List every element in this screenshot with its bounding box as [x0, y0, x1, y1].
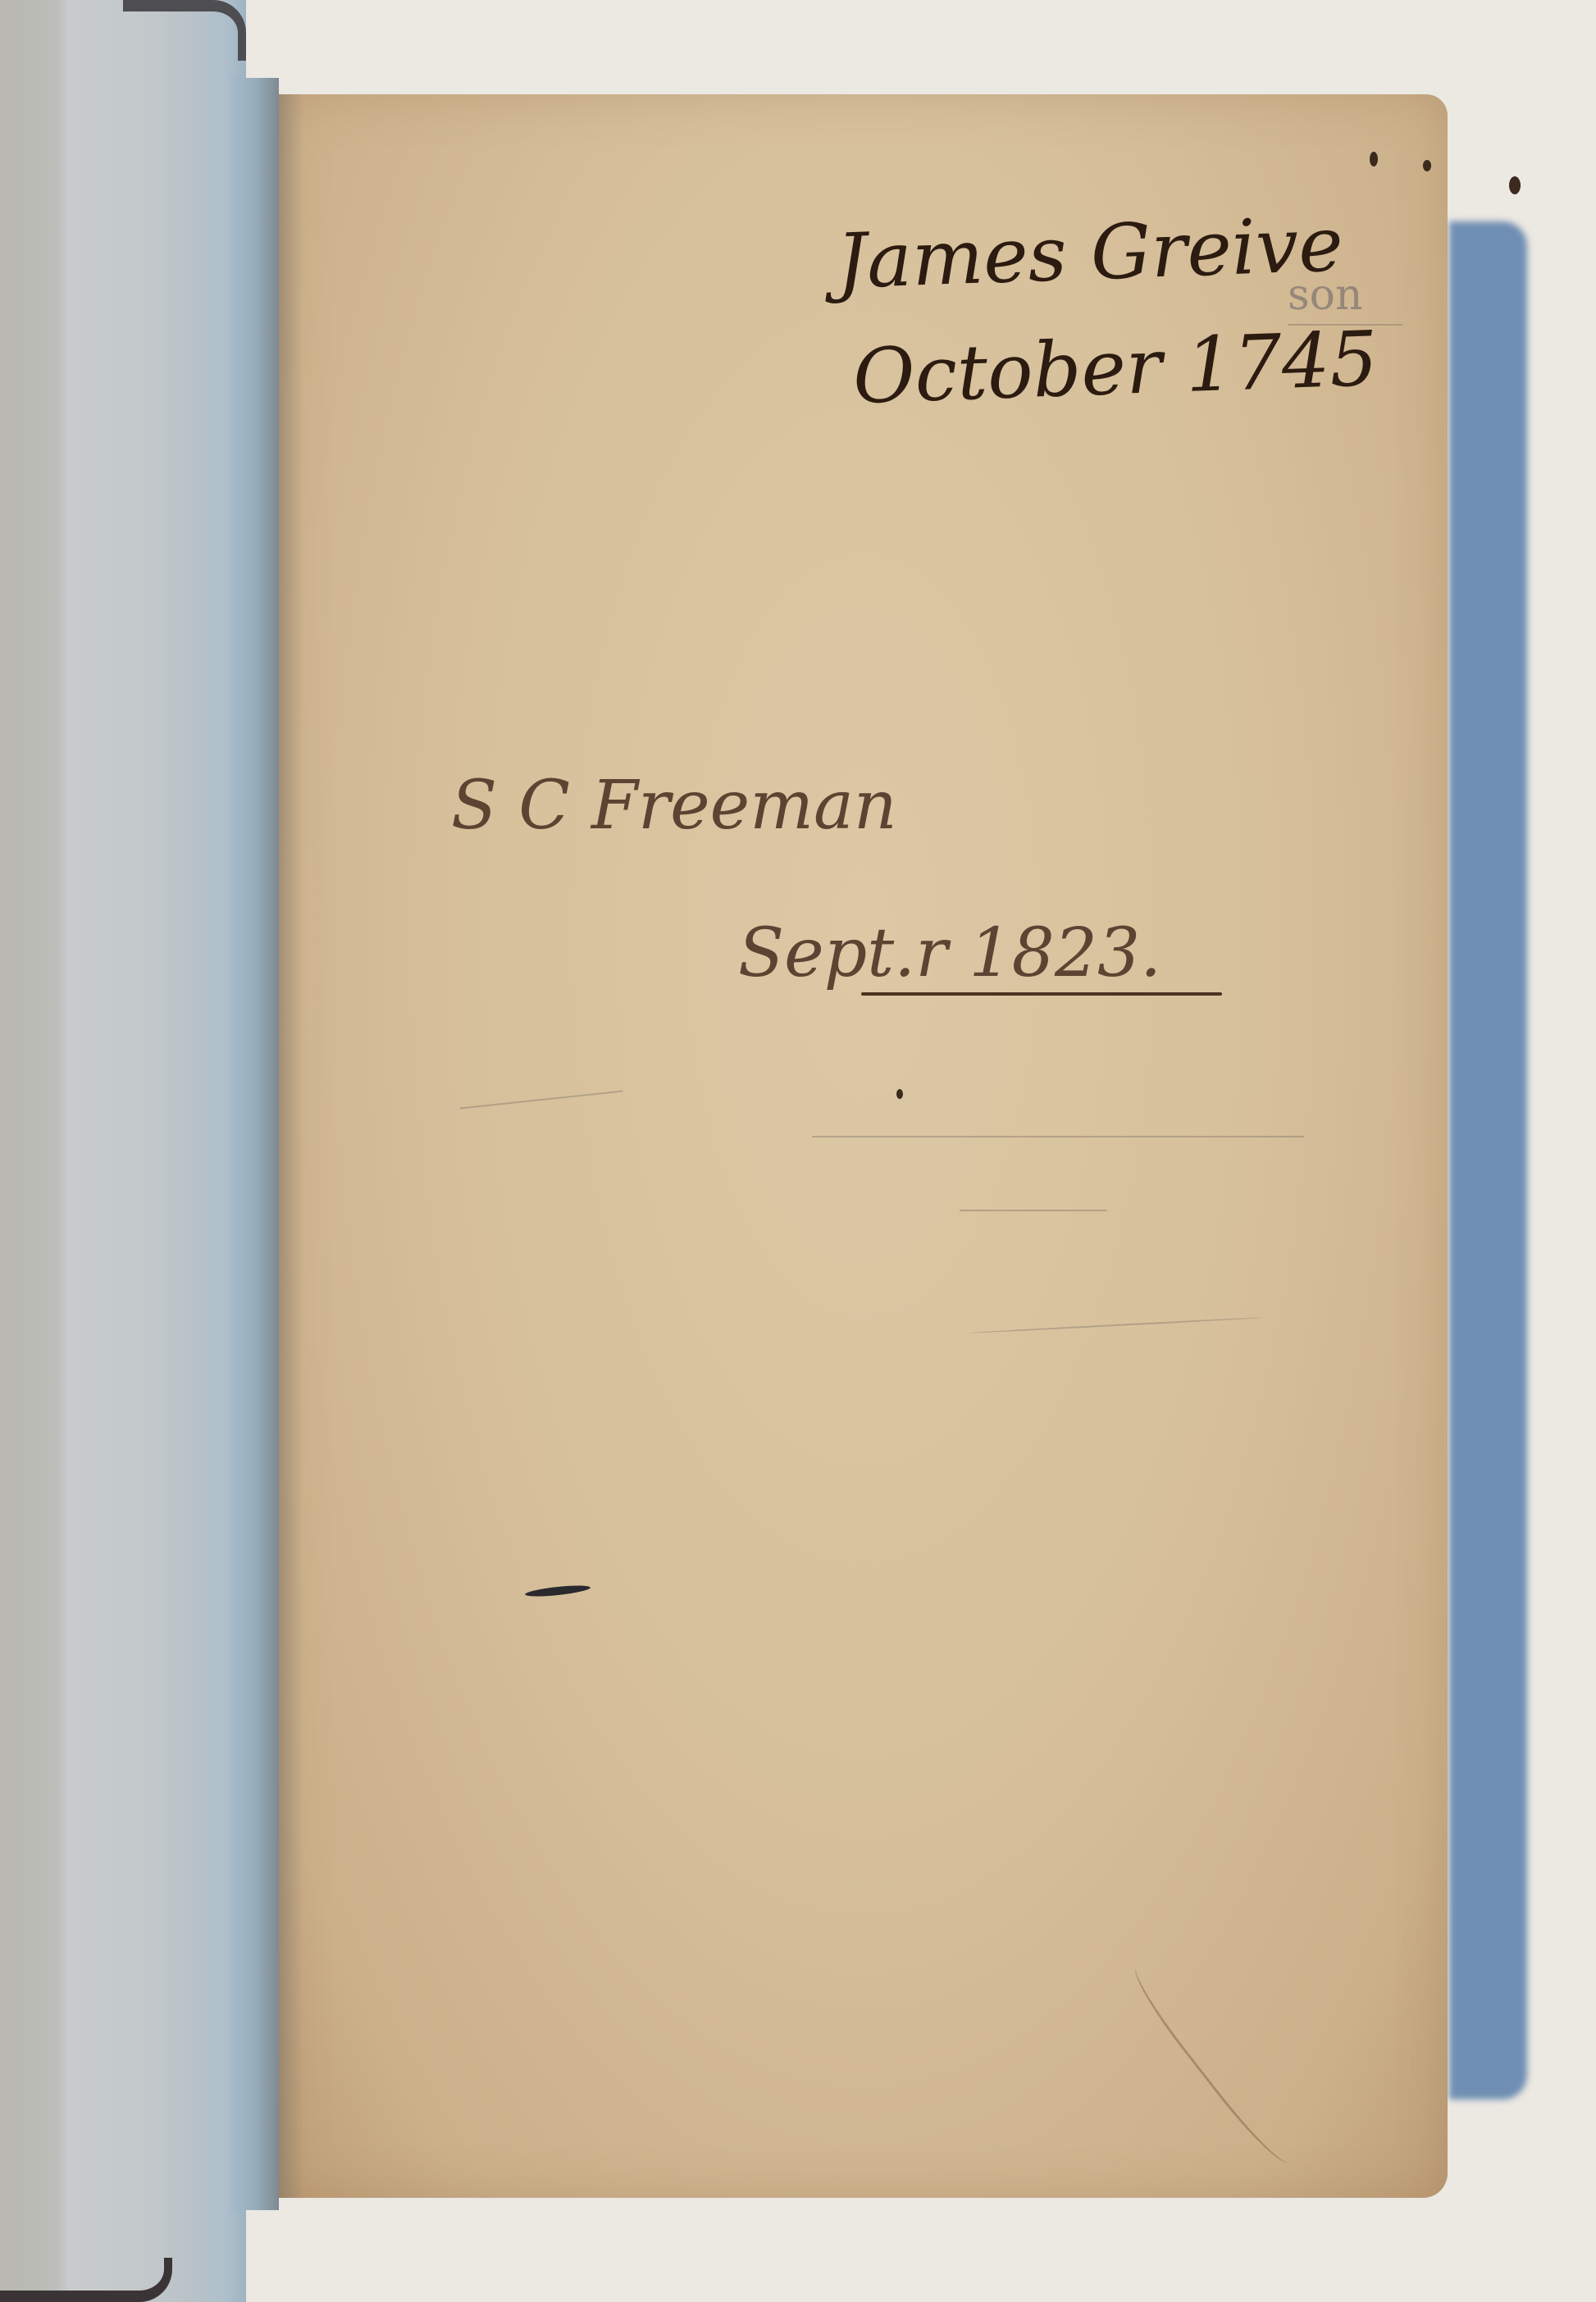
pencil-underline [1288, 324, 1402, 326]
book-hinge [230, 78, 279, 2210]
ink-speck [1509, 176, 1521, 194]
pencil-note: son [1288, 271, 1362, 320]
pencil-trace [960, 1210, 1107, 1211]
ink-blot [525, 1584, 591, 1598]
book-endpaper [0, 0, 246, 2302]
freeman-underline [861, 992, 1222, 996]
inscription-date-1823: Sept.r 1823. [738, 914, 1161, 992]
page-crease [1125, 1955, 1305, 2171]
pencil-trace [812, 1136, 1304, 1137]
pencil-trace [968, 1317, 1263, 1334]
cover-bottom-edge [0, 2258, 172, 2302]
ink-speck [1370, 152, 1378, 166]
inscription-date-1745: October 1745 [851, 315, 1379, 421]
page-shadow [1449, 221, 1527, 2099]
flyleaf-page: James Greive October 1745 son S C Freema… [279, 94, 1448, 2198]
pencil-trace [459, 1091, 622, 1110]
cover-top-edge [123, 0, 246, 61]
ink-speck [1423, 160, 1431, 171]
page-gutter [279, 94, 303, 2198]
inscription-name-freeman: S C Freeman [451, 767, 897, 845]
inscription-name-greive: James Greive [835, 200, 1344, 305]
ink-speck [896, 1089, 903, 1099]
